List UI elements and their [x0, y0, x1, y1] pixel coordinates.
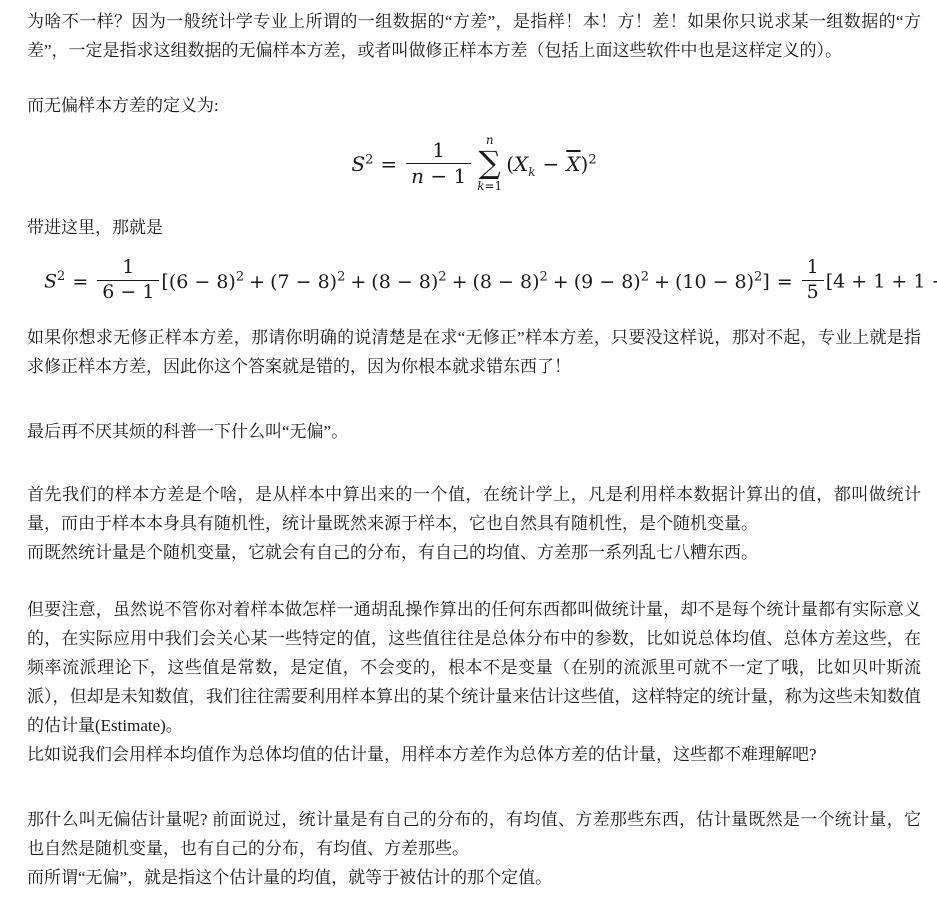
fraction-numerator: 1 — [406, 138, 471, 163]
paragraph-text: 首先我们的样本方差是个啥，是从样本中算出来的一个值，在统计学上，凡是利用样本数据… — [27, 480, 921, 538]
formula-variance-computation: S2=16 − 1[(6 − 8)2+(7 − 8)2+(8 − 8)2+(8 … — [44, 258, 921, 307]
formula-exponent: 2 — [588, 153, 596, 168]
open-paren: ( — [506, 152, 514, 176]
fraction-denominator: 5 — [802, 280, 824, 305]
paragraph-statistic-explanation: 首先我们的样本方差是个啥，是从样本中算出来的一个值，在统计学上，凡是利用样本数据… — [27, 480, 921, 567]
sigma-summation: n∑k=1 — [477, 134, 502, 193]
paragraph-text: 但要注意，虽然说不管你对着样本做怎样一通胡乱操作算出的任何东西都叫做统计量，却不… — [27, 595, 921, 740]
formula-unbiased-variance-definition: S2=1n − 1n∑k=1(Xk−X)2 — [27, 136, 921, 195]
paragraph-text: 那什么叫无偏估计量呢? 前面说过，统计量是有自己的分布的，有均值、方差那些东西，… — [27, 805, 921, 863]
close-bracket: ] — [762, 271, 769, 293]
minus-sign: − — [536, 152, 567, 176]
fraction-numerator: 1 — [802, 256, 824, 280]
paragraph-text: 比如说我们会用样本均值作为总体均值的估计量，用样本方差作为总体方差的估计量，这些… — [27, 740, 921, 769]
fraction-one-over-n-minus-1: 1n − 1 — [406, 138, 471, 189]
subscript-k: k — [528, 165, 535, 179]
squared-term: (8 − 8)2 — [371, 271, 446, 293]
fraction-one-over-6-minus-1: 16 − 1 — [97, 256, 159, 305]
squared-term: (9 − 8)2 — [574, 271, 649, 293]
paragraph-text: 而所谓“无偏”，就是指这个估计量的均值，就等于被估计的那个定值。 — [27, 863, 921, 892]
paragraph-estimator-explanation: 但要注意，虽然说不管你对着样本做怎样一通胡乱操作算出的任何东西都叫做统计量，却不… — [27, 595, 921, 769]
sigma-symbol: ∑ — [479, 147, 501, 180]
paragraph-text: 如果你想求无修正样本方差，那请你明确的说清楚是在求“无修正”样本方差，只要没这样… — [27, 323, 921, 381]
paragraph-definition-intro: 而无偏样本方差的定义为: — [27, 91, 921, 120]
paragraph-why-different: 为啥不一样？因为一般统计学专业上所谓的一组数据的“方差”，是指样！本！方！差！如… — [27, 7, 921, 65]
equals-sign: = — [373, 152, 404, 176]
paragraph-unbiased-intro: 最后再不厌其烦的科普一下什么叫“无偏”。 — [27, 417, 921, 446]
fraction-denominator: n − 1 — [406, 163, 471, 189]
paragraph-unbiased-definition: 那什么叫无偏估计量呢? 前面说过，统计量是有自己的分布的，有均值、方差那些东西，… — [27, 805, 921, 892]
squared-term: (6 − 8)2 — [169, 271, 244, 293]
squared-term: (7 − 8)2 — [270, 271, 345, 293]
fraction-one-fifth: 15 — [802, 256, 824, 305]
equals-sign: = — [770, 271, 800, 293]
formula-variable-S: S — [351, 152, 365, 176]
bracket-sum: [4 + 1 + 1 + 4] — [826, 271, 937, 293]
plus-sign: + — [345, 271, 371, 293]
fraction-numerator: 1 — [97, 256, 159, 280]
paragraph-text: 带进这里，那就是 — [27, 213, 921, 242]
paragraph-substitute-intro: 带进这里，那就是 — [27, 213, 921, 242]
fraction-denominator: 6 − 1 — [97, 280, 159, 305]
paragraph-text: 而无偏样本方差的定义为: — [27, 91, 921, 120]
plus-sign: + — [649, 271, 675, 293]
squared-term: (10 − 8)2 — [675, 271, 762, 293]
paragraph-text: 为啥不一样？因为一般统计学专业上所谓的一组数据的“方差”，是指样！本！方！差！如… — [27, 7, 921, 65]
formula-variable-xbar: X — [566, 152, 580, 176]
open-bracket: [ — [161, 271, 168, 293]
squared-term: (8 − 8)2 — [473, 271, 548, 293]
equals-sign: = — [65, 271, 95, 293]
paragraph-text: 而既然统计量是个随机变量，它就会有自己的分布，有自己的均值、方差那一系列乱七八糟… — [27, 538, 921, 567]
paragraph-text: 最后再不厌其烦的科普一下什么叫“无偏”。 — [27, 417, 921, 446]
plus-sign: + — [447, 271, 473, 293]
summation-lower-limit: k=1 — [477, 180, 502, 193]
plus-sign: + — [244, 271, 270, 293]
paragraph-uncorrected-warning: 如果你想求无修正样本方差，那请你明确的说清楚是在求“无修正”样本方差，只要没这样… — [27, 323, 921, 381]
formula-variable-S: S — [44, 271, 57, 293]
article-page: 为啥不一样？因为一般统计学专业上所谓的一组数据的“方差”，是指样！本！方！差！如… — [0, 0, 937, 912]
formula-variable-X: X — [514, 152, 528, 176]
plus-sign: + — [548, 271, 574, 293]
